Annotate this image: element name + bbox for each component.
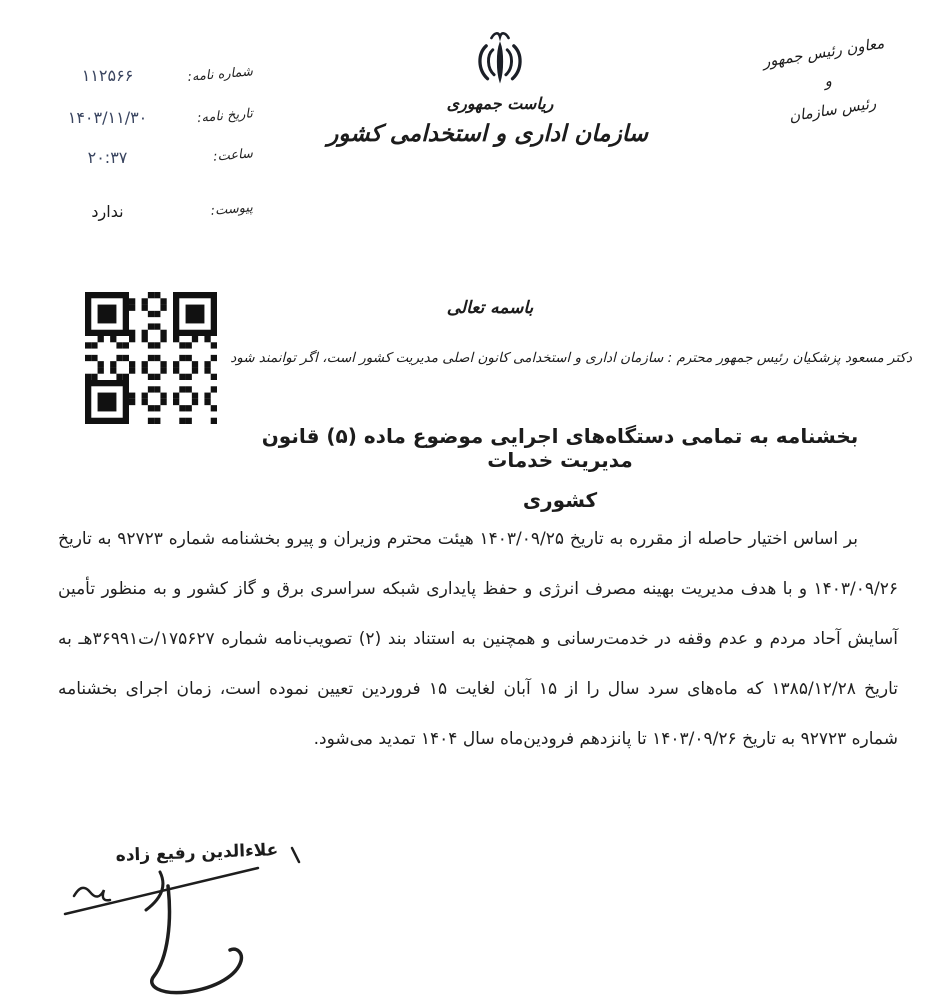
qr-code	[85, 292, 217, 424]
letter-time-value: ۲۰:۳۷	[48, 148, 167, 167]
meta-row-time: ساعت: ۲۰:۳۷	[48, 148, 253, 167]
organization-name: سازمان اداری و استخدامی کشور	[352, 121, 648, 147]
subject-line1: بخشنامه به تمامی دستگاه‌های اجرایی موضوع…	[230, 424, 890, 472]
meta-row-attachment: پیوست: ندارد	[48, 202, 253, 221]
letter-date-value: ۱۴۰۳/۱۱/۳۰	[48, 108, 167, 127]
letter-number-value: ۱۱۲۵۶۶	[48, 66, 167, 85]
letter-meta-block: شماره نامه: ۱۱۲۵۶۶ تاریخ نامه: ۱۴۰۳/۱۱/۳…	[48, 60, 253, 240]
subject-line2: کشوری	[230, 488, 890, 512]
letter-body: بر اساس اختیار حاصله از مقرره به تاریخ ۱…	[58, 514, 898, 764]
presidential-quote: دکتر مسعود پزشکیان رئیس جمهور محترم : سا…	[230, 350, 912, 366]
invocation: باسمه تعالی	[392, 298, 588, 318]
meta-row-date: تاریخ نامه: ۱۴۰۳/۱۱/۳۰	[48, 108, 253, 127]
official-letter-page: شماره نامه: ۱۱۲۵۶۶ تاریخ نامه: ۱۴۰۳/۱۱/۳…	[0, 0, 929, 1002]
signatory-role-block: معاون رئیس جمهور و رئیس سازمان	[737, 29, 919, 134]
letter-time-label: ساعت:	[167, 146, 254, 168]
letter-number-label: شماره نامه:	[167, 64, 254, 86]
authority-name: ریاست جمهوری	[352, 94, 648, 113]
attachment-value: ندارد	[48, 202, 167, 221]
handwritten-signature-icon	[40, 826, 320, 1002]
attachment-label: پیوست:	[167, 200, 254, 222]
meta-row-number: شماره نامه: ۱۱۲۵۶۶	[48, 66, 253, 85]
qr-code-icon	[85, 292, 217, 424]
iran-national-emblem-icon	[477, 30, 523, 92]
circular-subject: بخشنامه به تمامی دستگاه‌های اجرایی موضوع…	[230, 424, 890, 512]
letter-date-label: تاریخ نامه:	[167, 106, 254, 128]
letterhead: ریاست جمهوری سازمان اداری و استخدامی کشو…	[352, 30, 648, 147]
